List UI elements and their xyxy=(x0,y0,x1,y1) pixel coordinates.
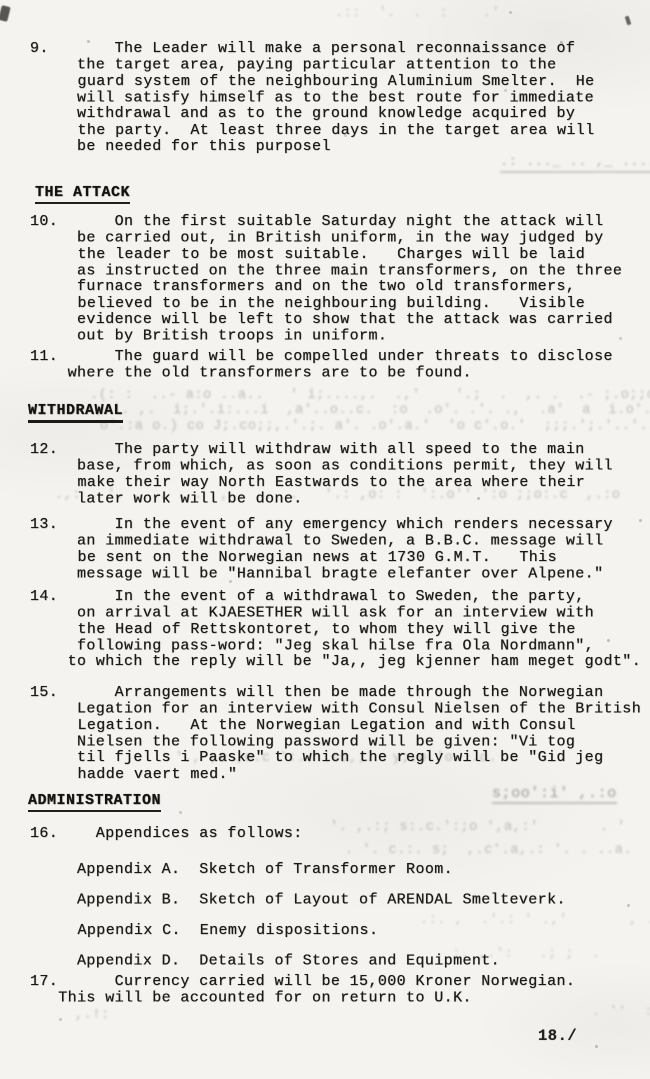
text-line: make their way North Eastwards to the ar… xyxy=(31,475,614,491)
text-line: an immediate withdrawal to Sweden, a B.B… xyxy=(30,534,613,550)
text-line: following pass-word: "Jeg skal hilse fra… xyxy=(30,638,641,654)
text-line: on arrival at KJAESETHER will ask for an… xyxy=(30,606,641,622)
paragraph-14: 14. In the event of a withdrawal to Swed… xyxy=(30,589,641,671)
paragraph-12: 12. The party will withdraw with all spe… xyxy=(30,442,613,507)
ink-smudge: ,.!: xyxy=(75,1008,110,1023)
text-line: 14. In the event of a withdrawal to Swed… xyxy=(30,589,641,605)
text-line: 16. Appendices as follows: xyxy=(30,826,303,842)
document-page: .:: ‛. . : .' 9. The Leader will make a … xyxy=(0,0,650,1079)
text-line: base, from which, as soon as conditions … xyxy=(30,459,613,475)
text-line: furnace transformers and on the two old … xyxy=(30,279,622,295)
text-line: where the old transformers are to be fou… xyxy=(30,366,613,382)
text-line: be needed for this purposel xyxy=(30,139,594,155)
ink-smudge: .: ..._ .. ,_ ....,. . ;.f xyxy=(500,155,650,173)
text-line: out by British troops in uniform. xyxy=(30,329,622,345)
text-line: 13. In the event of any emergency which … xyxy=(30,517,613,533)
paragraph-16: 16. Appendices as follows: xyxy=(30,826,303,842)
ink-smudge: . ‛' : xyxy=(592,1005,650,1020)
text-line: message will be "Hannibal bragte elefant… xyxy=(30,566,613,582)
text-line: will satisfy himself as to the best rout… xyxy=(30,90,594,106)
text-line: Legation for an interview with Consul Ni… xyxy=(30,702,641,718)
text-line: Nielsen the following password will be g… xyxy=(30,734,641,750)
text-line: This will be accounted for on return to … xyxy=(30,991,575,1007)
ghost-offset-print: .(: : ..- a:o ..a.. ' i;....,. .,' '.; .… xyxy=(90,388,650,403)
paragraph-10: 10. On the first suitable Saturday night… xyxy=(30,214,622,345)
text-line: withdrawal and as to the ground knowledg… xyxy=(30,106,594,122)
text-line: Appendix C. Enemy dispositions. xyxy=(31,916,567,946)
ink-blot xyxy=(0,5,11,22)
appendix-list: Appendix A. Sketch of Transformer Room. … xyxy=(30,855,566,977)
paragraph-9: 9. The Leader will make a personal recon… xyxy=(30,41,594,155)
text-line: believed to be in the neighbouring build… xyxy=(31,296,623,312)
ghost-offset-print: o'.:a o.) co J;.co;;,.'.;. a'. .o'.a.' '… xyxy=(100,419,650,434)
text-line: as instructed on the three main transfor… xyxy=(30,263,622,279)
text-line: the party. At least three days in the ta… xyxy=(31,123,595,139)
text-line: be sent on the Norwegian news at 1730 G.… xyxy=(31,550,614,566)
text-line: Appendix A. Sketch of Transformer Room. xyxy=(30,855,566,885)
page-number: 18./ xyxy=(538,1027,577,1045)
ink-blot xyxy=(625,16,632,26)
paragraph-11: 11. The guard will be compelled under th… xyxy=(30,349,613,382)
text-line: the target area, paying particular atten… xyxy=(30,58,594,74)
section-heading-attack: THE ATTACK xyxy=(35,185,130,204)
text-line: guard system of the neighbouring Alumini… xyxy=(31,74,595,90)
text-line: to which the reply will be "Ja,, jeg kje… xyxy=(30,654,641,670)
paragraph-13: 13. In the event of any emergency which … xyxy=(30,517,613,582)
text-line: Legation. At the Norwegian Legation and … xyxy=(31,718,642,734)
text-line: the Head of Rettskontoret, to whom they … xyxy=(31,622,642,638)
text-line: Appendix B. Sketch of Layout of ARENDAL … xyxy=(30,886,566,916)
text-line: 9. The Leader will make a personal recon… xyxy=(30,41,594,57)
ghost-offset-print: ‛. ,.:; s:.c.':;o ',a,:' . ' xyxy=(330,820,626,835)
paragraph-17: 17. Currency carried will be 15,000 Kron… xyxy=(30,974,575,1007)
text-line: the leader to be most suitable. Charges … xyxy=(31,247,623,263)
section-heading-withdrawal: WITHDRAWAL xyxy=(28,403,123,423)
ghost-offset-print: ; '. ,. i;.'.i:...i ,a'..o..c. :o .o'. .… xyxy=(95,403,650,418)
text-line: 15. Arrangements will then be made throu… xyxy=(30,685,641,701)
text-line: 11. The guard will be compelled under th… xyxy=(30,349,613,365)
ghost-offset-print: s;oo':i' ,.:o xyxy=(492,786,617,804)
text-line: evidence will be left to show that the a… xyxy=(30,312,622,328)
text-line: be carried out, in British uniform, in t… xyxy=(30,231,622,247)
text-line: later work will be done. xyxy=(30,491,613,507)
text-line: 10. On the first suitable Saturday night… xyxy=(30,214,622,230)
ink-smudge: .:: ‛. . : .' xyxy=(335,6,500,21)
text-line: hadde vaert med." xyxy=(31,767,642,783)
paragraph-15: 15. Arrangements will then be made throu… xyxy=(30,685,641,783)
text-line: 12. The party will withdraw with all spe… xyxy=(30,442,613,458)
paper-speckles xyxy=(0,0,1,1)
section-heading-administration: ADMINISTRATION xyxy=(28,793,161,812)
text-line: 17. Currency carried will be 15,000 Kron… xyxy=(30,974,575,990)
text-line: til fjells i Paaske" to which the regly … xyxy=(30,750,641,766)
